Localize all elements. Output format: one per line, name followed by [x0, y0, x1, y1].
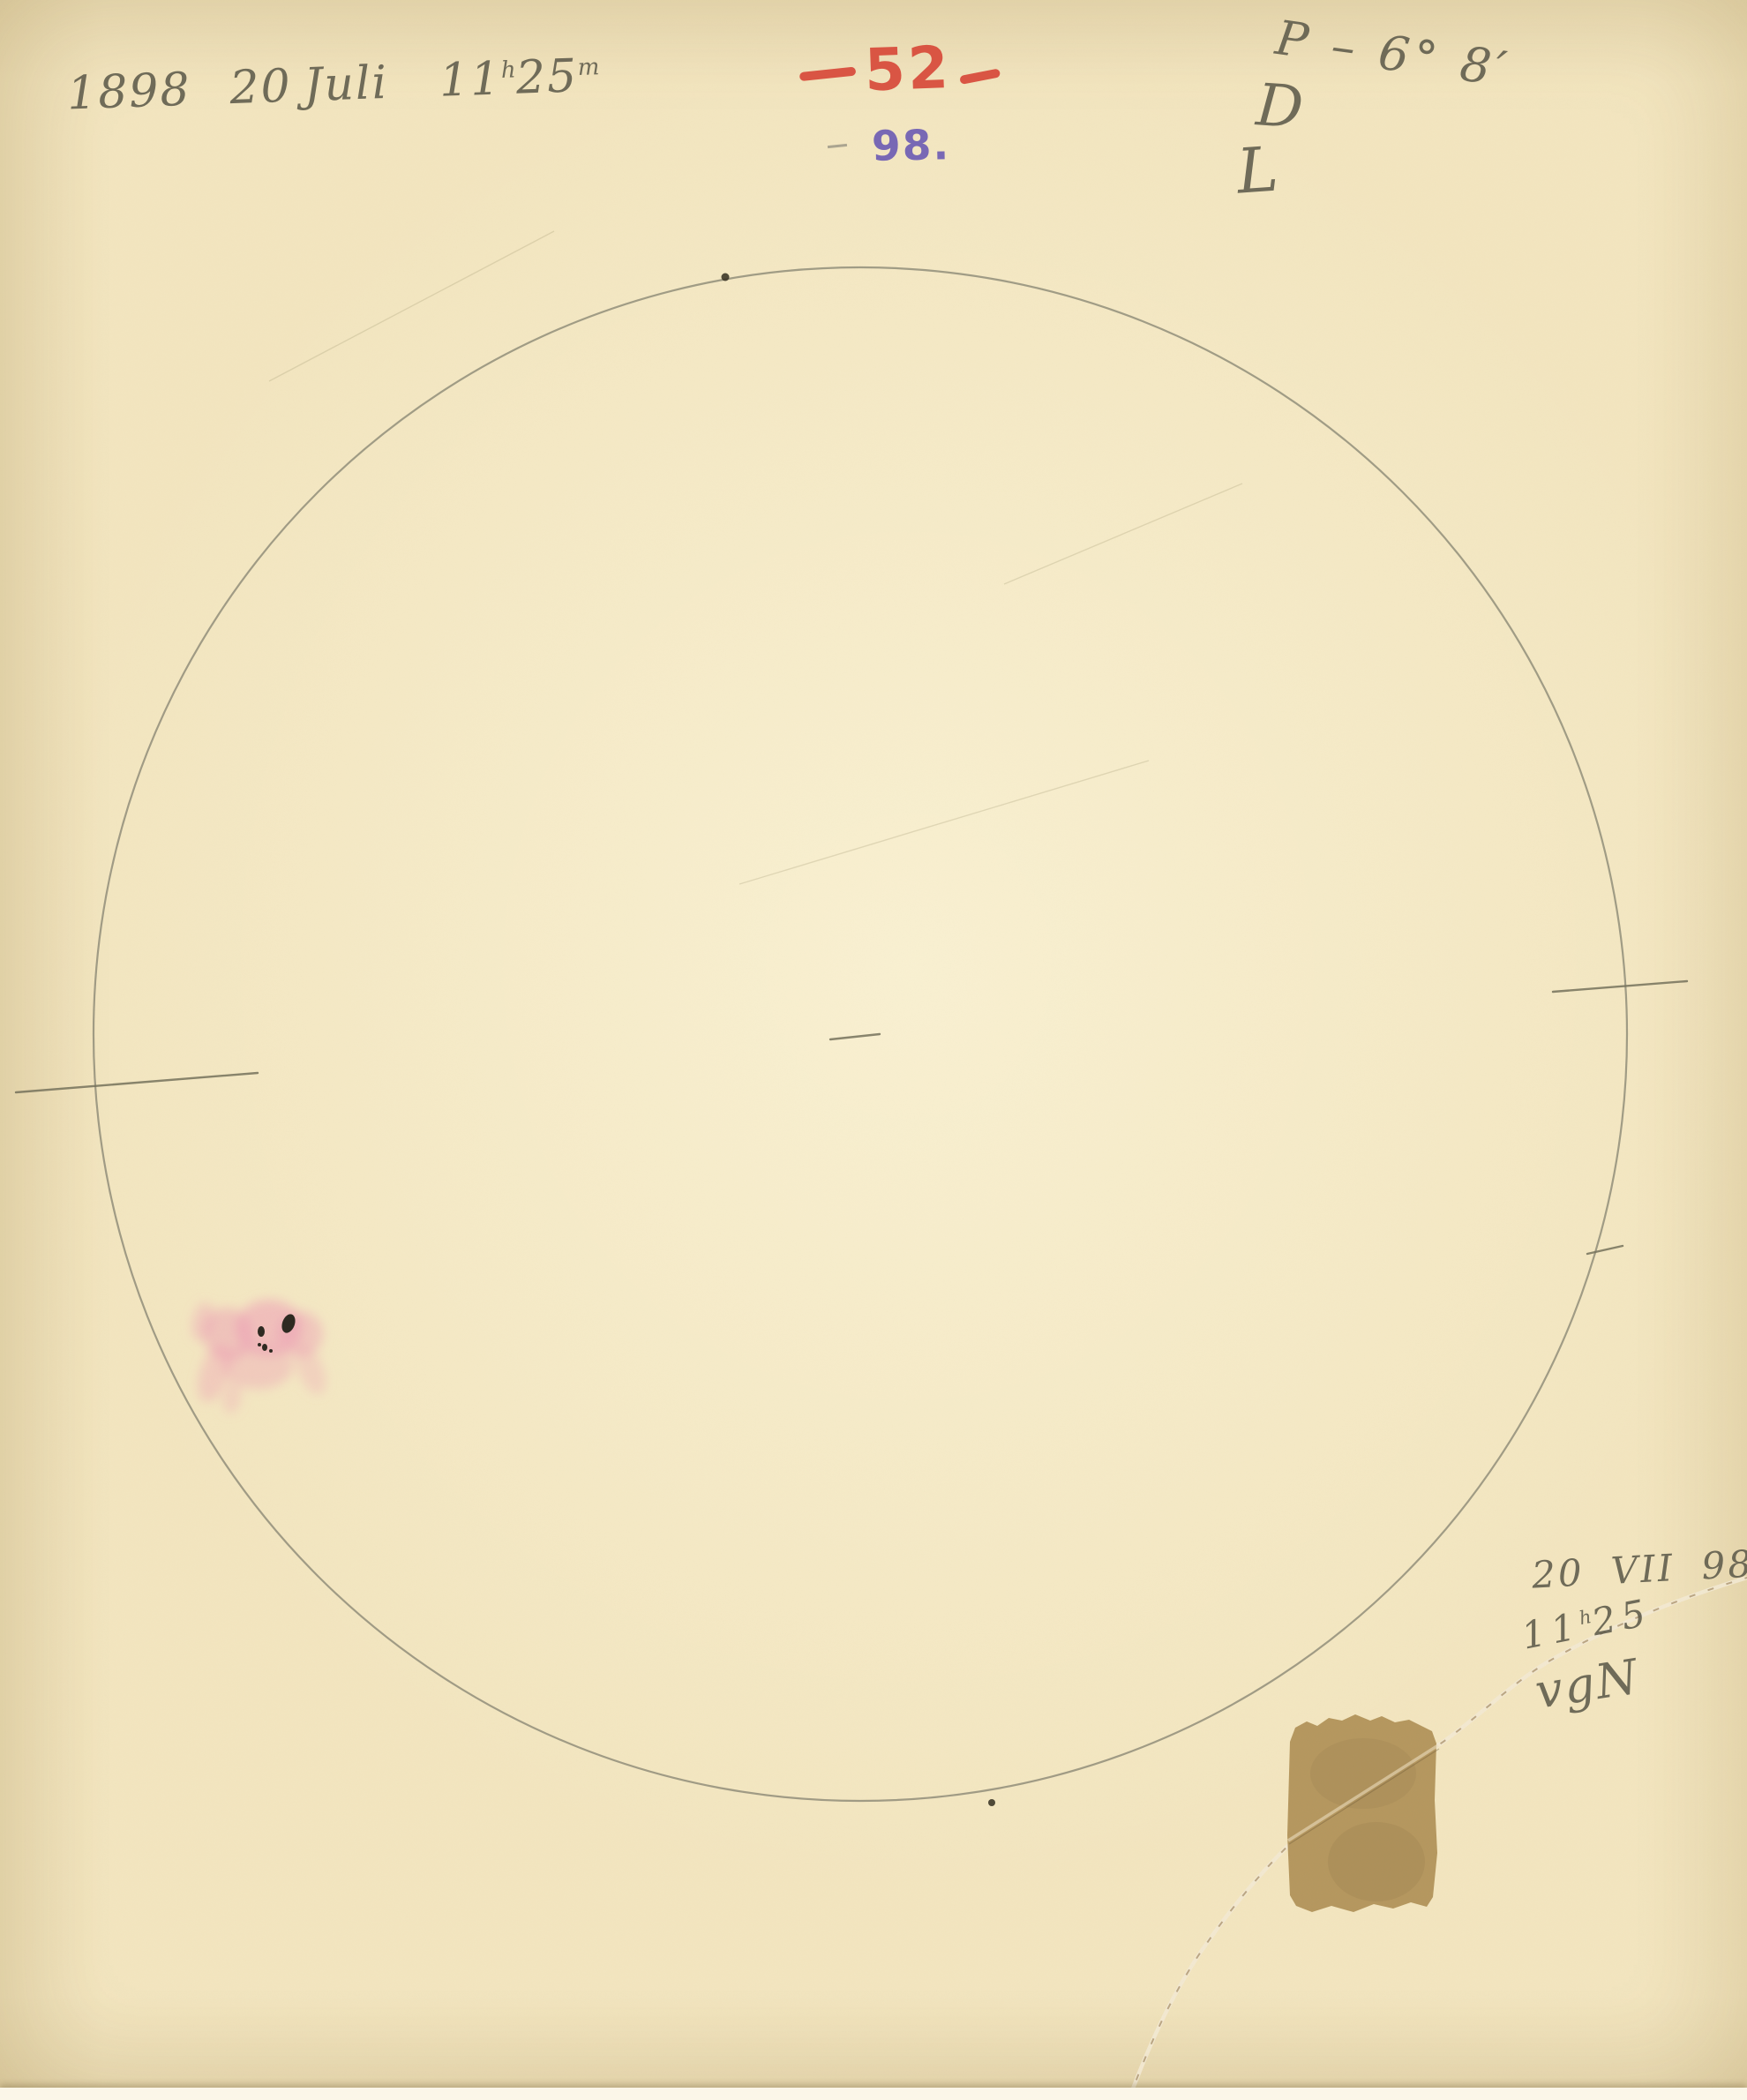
- faculae-smudge: [197, 1302, 259, 1366]
- observer-signature: vgN: [1533, 1653, 1643, 1716]
- obs-time-minutes: 25: [1588, 1590, 1655, 1644]
- date-month: Juli: [303, 56, 389, 112]
- ink-dot: [722, 274, 730, 281]
- red-dash-right-icon: [959, 68, 1001, 85]
- tear-line: [1129, 1578, 1747, 2098]
- time-hours: 11: [439, 52, 502, 107]
- scratch-line: [739, 761, 1149, 884]
- observation-date-note: 20 VII 98: [1531, 1545, 1747, 1594]
- sunspot-pore: [258, 1343, 261, 1346]
- faculae-smudge: [222, 1343, 293, 1389]
- observation-time-note: 11h25: [1518, 1594, 1654, 1655]
- pencil-dash: [828, 144, 847, 148]
- sunspot-umbra: [262, 1344, 267, 1351]
- faculae-smudge: [189, 1301, 218, 1343]
- declination-note: D: [1255, 76, 1305, 138]
- tape-crease-shadow: [1289, 1749, 1439, 1844]
- scratch-line: [269, 231, 554, 381]
- red-dash-left-icon: [799, 66, 857, 81]
- handwriting-date-line: 189820Juli11h25m: [66, 52, 600, 116]
- date-year: 1898: [66, 64, 191, 121]
- drawing-layer: [0, 0, 1747, 2100]
- faculae-smudge: [289, 1340, 332, 1399]
- faculae-smudge: [191, 1340, 236, 1406]
- ink-dot: [988, 1799, 995, 1806]
- sunspot-pore: [269, 1349, 273, 1353]
- tape-patch: [1287, 1714, 1439, 1912]
- scratch-line: [1004, 484, 1242, 584]
- scratch-lines: [269, 231, 1242, 884]
- limb-tick-east: [1553, 981, 1687, 992]
- paper-sheet: 189820Juli11h25m 52 98. P – 6° 8′ D L 20…: [0, 0, 1747, 2100]
- paper-noise: [0, 0, 1747, 2100]
- obs-time-hours: 11: [1518, 1604, 1586, 1658]
- sunspot-group: [189, 1300, 333, 1414]
- red-series-number: 52: [799, 34, 1000, 109]
- time-minutes: 25: [515, 49, 579, 104]
- sunspot-umbra: [280, 1312, 298, 1334]
- faculae-smudge: [277, 1311, 323, 1357]
- position-angle-note: P – 6° 8′: [1272, 14, 1513, 94]
- time-hours-unit: h: [500, 56, 516, 84]
- violet-stamp-number: 98.: [872, 121, 951, 171]
- faculae-smudge: [236, 1300, 303, 1356]
- date-day: 20: [229, 60, 292, 115]
- paper-bottom-edge: [0, 2088, 1747, 2100]
- time-minutes-unit: m: [577, 54, 600, 81]
- faculae-smudge: [221, 1381, 244, 1415]
- sunspot-umbra: [258, 1326, 265, 1337]
- solar-disk-outline: [94, 267, 1627, 1801]
- tape-crease: [1288, 1745, 1438, 1841]
- disk-center-dash: [830, 1034, 880, 1039]
- limb-mark-small: [1587, 1246, 1623, 1254]
- longitude-note: L: [1235, 138, 1280, 202]
- limb-tick-west: [16, 1073, 258, 1092]
- red-series-number-value: 52: [864, 34, 952, 104]
